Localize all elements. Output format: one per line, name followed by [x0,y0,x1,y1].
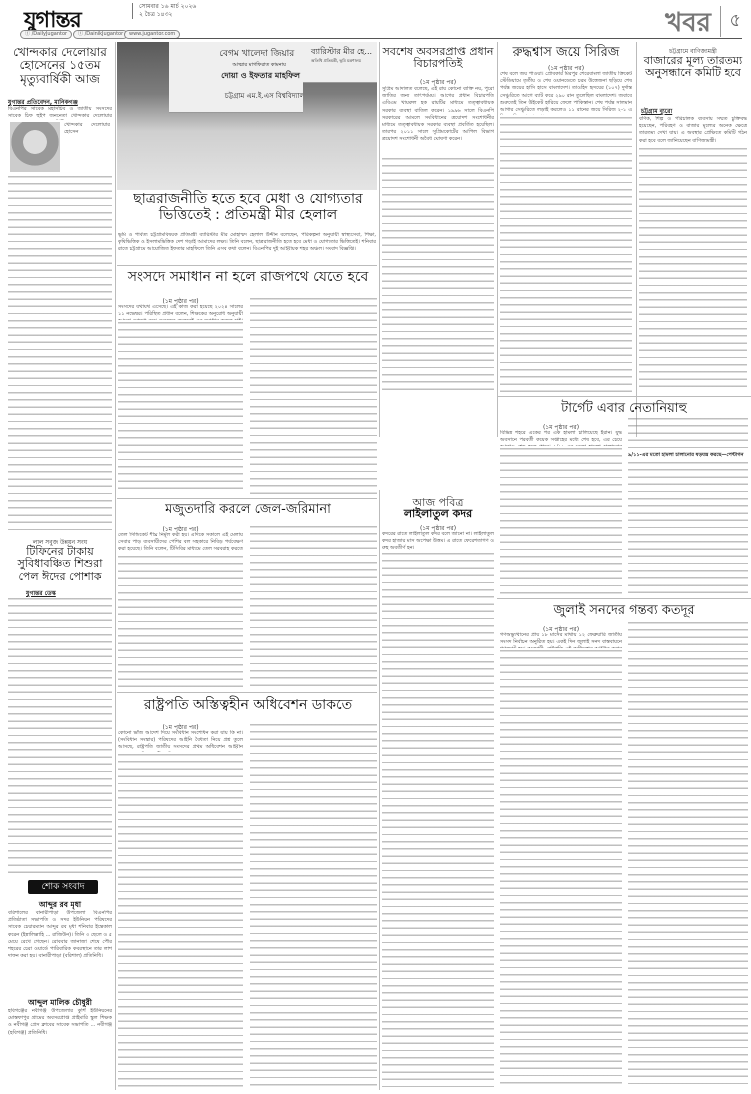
twitter-icon: ⓣ [78,31,83,37]
page-number: ৫ [720,6,741,37]
obituary-label: শোক সংবাদ [28,880,98,894]
market-headline: বাজারের মূল্য তারতম্য অনুসন্ধানে কমিটি হ… [639,55,747,80]
khondokar-photo [10,122,60,172]
chief-justice-headline: সবশেষ অবসরপ্রাপ্ত প্রধান বিচারপতিই [382,46,494,71]
chief-justice-text: সুপ্রিম আদালত বলেছে, এই রায় কোনো ব্যক্ত… [382,86,494,156]
parliament-text: সংসদের যথাযথ এসেছে। এই কাজ করা হয়েছে ২০… [118,304,243,320]
facebook-link[interactable]: ⓕ /DailyJugantor [20,30,72,39]
obituary-text-2: হবিগঞ্জের নবীগঞ্জ উপজেলার কুর্শি ইউনিয়ন… [8,1008,112,1088]
hoarding-headline: মজুতদারি করলে জেল-জরিমানা [118,503,378,518]
facebook-icon: ⓕ [25,31,30,37]
series-text: শেষ বলে জয় পাওয়া। প্রোবকার মিরপুর শেরে… [500,71,632,115]
khondokar-headline: খোন্দকার দেলোয়ার হোসেনের ১৫তম মৃত্যুবার… [8,46,112,86]
column-divider [115,42,116,1090]
masthead-rule [152,38,742,39]
date-gregorian: সোমবার ১৬ মার্চ ২০২৬ [139,3,196,11]
tiffin-body [8,598,112,874]
khondokar-body [8,176,112,532]
lead-text: ভূমি ও পার্বত্য চট্টগ্রামবিষয়ক প্রতিমন্… [118,232,376,262]
tiffin-headline: টিফিনের টাকায় সুবিধাবঞ্চিত শিশুরা পেল ঈ… [6,546,114,583]
laylatul-headline: লাইলাতুল কদর [382,508,494,520]
july-charter-text: গণঅভ্যুত্থানের প্রায় ১৮ মাসের মাথায় ১২… [500,632,622,648]
netanyahu-text: বিভিন্ন শহরে একের পর এক হামলা চালিয়েছে … [500,430,622,446]
date-bengali: ২ চৈত্র ১৪৩২ [139,11,196,19]
obituary-text-1: বরিশালের বানারীপাড়া উপজেলা বিএনপির প্রত… [8,910,112,996]
khondokar-caption: খোন্দকার দেলোয়ার হোসেন [64,122,110,172]
parliament-headline: সংসদে সমাধান না হলে রাজপথে যেতে হবে [118,270,378,286]
lead-photo-right: ব্যারিস্টার মীর হে... অতিথি প্রতিমন্ত্রী… [303,42,377,190]
lead-photo: বেগম খালেদা জিয়ার আত্মার মাগফিরাত কামনা… [117,42,303,190]
series-headline: রুদ্ধশ্বাস জয়ে সিরিজ [500,46,632,61]
netanyahu-headline: টার্গেট এবার নেতানিয়াহু [500,402,748,417]
lead-headline: ছাত্ররাজনীতি হতে হবে মেধা ও যোগ্যতার ভিত… [120,192,376,223]
market-text: বণিক, শিল্প ও পরিচালক ব্যবসায় সম্মত চুক… [639,116,747,146]
netanyahu-subhead: ৯/১১-এর মতো হামলা চালানোর ষড়যন্ত্র করছে… [628,452,748,460]
laylatul-text: কদরের রাতে লাইলাতুল কদর বলে জানো না। লাই… [382,531,494,551]
section-title: খবর [665,2,711,46]
issue-date: সোমবার ১৬ মার্চ ২০২৬ ২ চৈত্র ১৪৩২ [132,3,196,19]
july-charter-headline: জুলাই সনদের গন্তব্য কতদূর [500,604,748,619]
khondokar-lead: বিএনপির সাবেক মহাসচিব ও জাতীয় সংসদের সা… [8,106,112,120]
president-headline: রাষ্ট্রপতি অস্তিত্বহীন অধিবেশন ডাকতে [118,698,378,714]
hoarding-text: তেল সিন্ডিকেট শীঘ্র নির্মূল করা হয়। এদি… [118,532,243,554]
twitter-link[interactable]: ⓣ /DainikJugantor [73,30,128,39]
president-text: কোনো ভাঁজ আদেশ দিয়ে সংবিধান সংশোধন করা … [118,730,243,752]
